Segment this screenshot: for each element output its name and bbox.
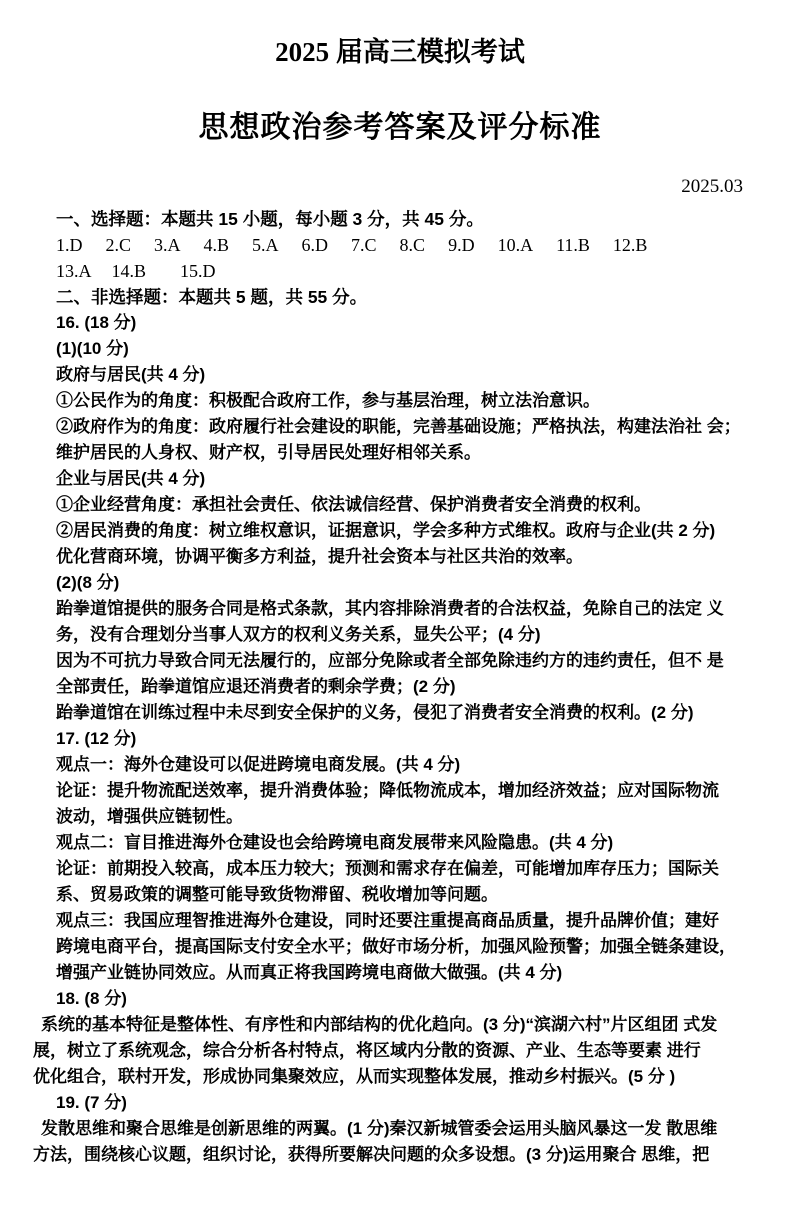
text-line: ①企业经营角度：承担社会责任、依法诚信经营、保护消费者安全消费的权利。 bbox=[56, 492, 745, 518]
text-line: 增强产业链协同效应。从而真正将我国跨境电商做大做强。(共 4 分) bbox=[56, 960, 745, 986]
text-line: 展，树立了系统观念，综合分析各村特点，将区域内分散的资源、产业、生态等要素 进行 bbox=[33, 1038, 757, 1064]
text-line: 务，没有合理划分当事人双方的权利义务关系，显失公平；(4 分) bbox=[56, 622, 745, 648]
text-line: 政府与居民(共 4 分) bbox=[56, 362, 745, 388]
mc-answer-12: 12.B bbox=[613, 232, 648, 258]
scan-speck bbox=[315, 1146, 318, 1149]
text-line: 论证：提升物流配送效率，提升消费体验；降低物流成本，增加经济效益；应对国际物流 bbox=[56, 778, 745, 804]
document-page: 2025 届高三模拟考试 思想政治参考答案及评分标准 2025.03 一、选择题… bbox=[0, 0, 800, 1205]
text-line: 方法，围绕核心议题，组织讨论，获得所要解决问题的众多设想。(3 分)运用聚合 思… bbox=[33, 1142, 757, 1168]
mc-answer-15: 15.D bbox=[180, 258, 216, 284]
text-line: 观点三：我国应理智推进海外仓建设，同时还要注重提高商品质量，提升品牌价值；建好 bbox=[56, 908, 745, 934]
text-line: ①公民作为的角度：积极配合政府工作，参与基层治理，树立法治意识。 bbox=[56, 388, 745, 414]
text-line: 优化营商环境，协调平衡多方利益，提升社会资本与社区共治的效率。 bbox=[56, 544, 745, 570]
mc-answer-14: 14.B bbox=[112, 258, 147, 284]
text-line: 跨境电商平台，提高国际支付安全水平；做好市场分析，加强风险预警；加强全链条建设， bbox=[56, 934, 745, 960]
mc-answer-8: 8.C bbox=[400, 232, 426, 258]
page-subtitle: 思想政治参考答案及评分标准 bbox=[0, 110, 800, 146]
fr-section-heading: 二、非选择题：本题共 5 题，共 55 分。 bbox=[56, 284, 745, 310]
text-line: 全部责任，跆拳道馆应退还消费者的剩余学费；(2 分) bbox=[56, 674, 745, 700]
text-line: 维护居民的人身权、财产权，引导居民处理好相邻关系。 bbox=[56, 440, 745, 466]
text-line: 企业与居民(共 4 分) bbox=[56, 466, 745, 492]
q17-heading-line: 17. (12 分) bbox=[56, 726, 745, 752]
text-line: 观点一：海外仓建设可以促进跨境电商发展。(共 4 分) bbox=[56, 752, 745, 778]
mc-answers-row-2: 13.A 14.B 15.D bbox=[56, 258, 745, 284]
mc-answer-13: 13.A bbox=[56, 258, 92, 284]
mc-answer-6: 6.D bbox=[302, 232, 329, 258]
page-title: 2025 届高三模拟考试 bbox=[0, 0, 800, 68]
text-line: 系统的基本特征是整体性、有序性和内部结构的优化趋向。(3 分)“滨湖六村”片区组… bbox=[33, 1012, 757, 1038]
text-line: 优化组合，联村开发，形成协同集聚效应，从而实现整体发展，推动乡村振兴。(5 分 … bbox=[33, 1064, 757, 1090]
mc-answers-row-1: 1.D 2.C 3.A 4.B 5.A 6.D 7.C 8.C 9.D 10.A… bbox=[56, 232, 745, 258]
document-body: 一、选择题：本题共 15 小题，每小题 3 分，共 45 分。 1.D 2.C … bbox=[56, 206, 745, 1168]
text-line: ②居民消费的角度：树立维权意识，证据意识，学会多种方式维权。政府与企业(共 2 … bbox=[56, 518, 745, 544]
q16-part1-heading-line: (1)(10 分) bbox=[56, 336, 745, 362]
mc-answer-10: 10.A bbox=[498, 232, 534, 258]
mc-answer-7: 7.C bbox=[351, 232, 377, 258]
exam-date: 2025.03 bbox=[0, 176, 800, 198]
mc-answer-1: 1.D bbox=[56, 232, 83, 258]
q19-heading-line: 19. (7 分) bbox=[56, 1090, 745, 1116]
mc-answer-3: 3.A bbox=[154, 232, 181, 258]
text-line: 系、贸易政策的调整可能导致货物滞留、税收增加等问题。 bbox=[56, 882, 745, 908]
mc-answer-9: 9.D bbox=[448, 232, 475, 258]
mc-section-heading: 一、选择题：本题共 15 小题，每小题 3 分，共 45 分。 bbox=[56, 206, 745, 232]
text-line: 观点二：盲目推进海外仓建设也会给跨境电商发展带来风险隐患。(共 4 分) bbox=[56, 830, 745, 856]
text-line: 波动，增强供应链韧性。 bbox=[56, 804, 745, 830]
text-line: 发散思维和聚合思维是创新思维的两翼。(1 分)秦汉新城管委会运用头脑风暴这一发 … bbox=[33, 1116, 757, 1142]
text-line: 因为不可抗力导致合同无法履行的，应部分免除或者全部免除违约方的违约责任，但不 是 bbox=[56, 648, 745, 674]
q18-heading-line: 18. (8 分) bbox=[56, 986, 745, 1012]
mc-answer-11: 11.B bbox=[556, 232, 590, 258]
q16-heading-line: 16. (18 分) bbox=[56, 310, 745, 336]
mc-answer-5: 5.A bbox=[252, 232, 279, 258]
q16-part2-heading-line: (2)(8 分) bbox=[56, 570, 745, 596]
mc-answer-2: 2.C bbox=[106, 232, 132, 258]
text-line: ②政府作为的角度：政府履行社会建设的职能，完善基础设施；严格执法，构建法治社 会… bbox=[56, 414, 745, 440]
text-line: 跆拳道馆在训练过程中未尽到安全保护的义务，侵犯了消费者安全消费的权利。(2 分) bbox=[56, 700, 745, 726]
text-line: 跆拳道馆提供的服务合同是格式条款，其内容排除消费者的合法权益，免除自己的法定 义 bbox=[56, 596, 745, 622]
text-line: 论证：前期投入较高，成本压力较大；预测和需求存在偏差，可能增加库存压力；国际关 bbox=[56, 856, 745, 882]
mc-answer-4: 4.B bbox=[204, 232, 230, 258]
